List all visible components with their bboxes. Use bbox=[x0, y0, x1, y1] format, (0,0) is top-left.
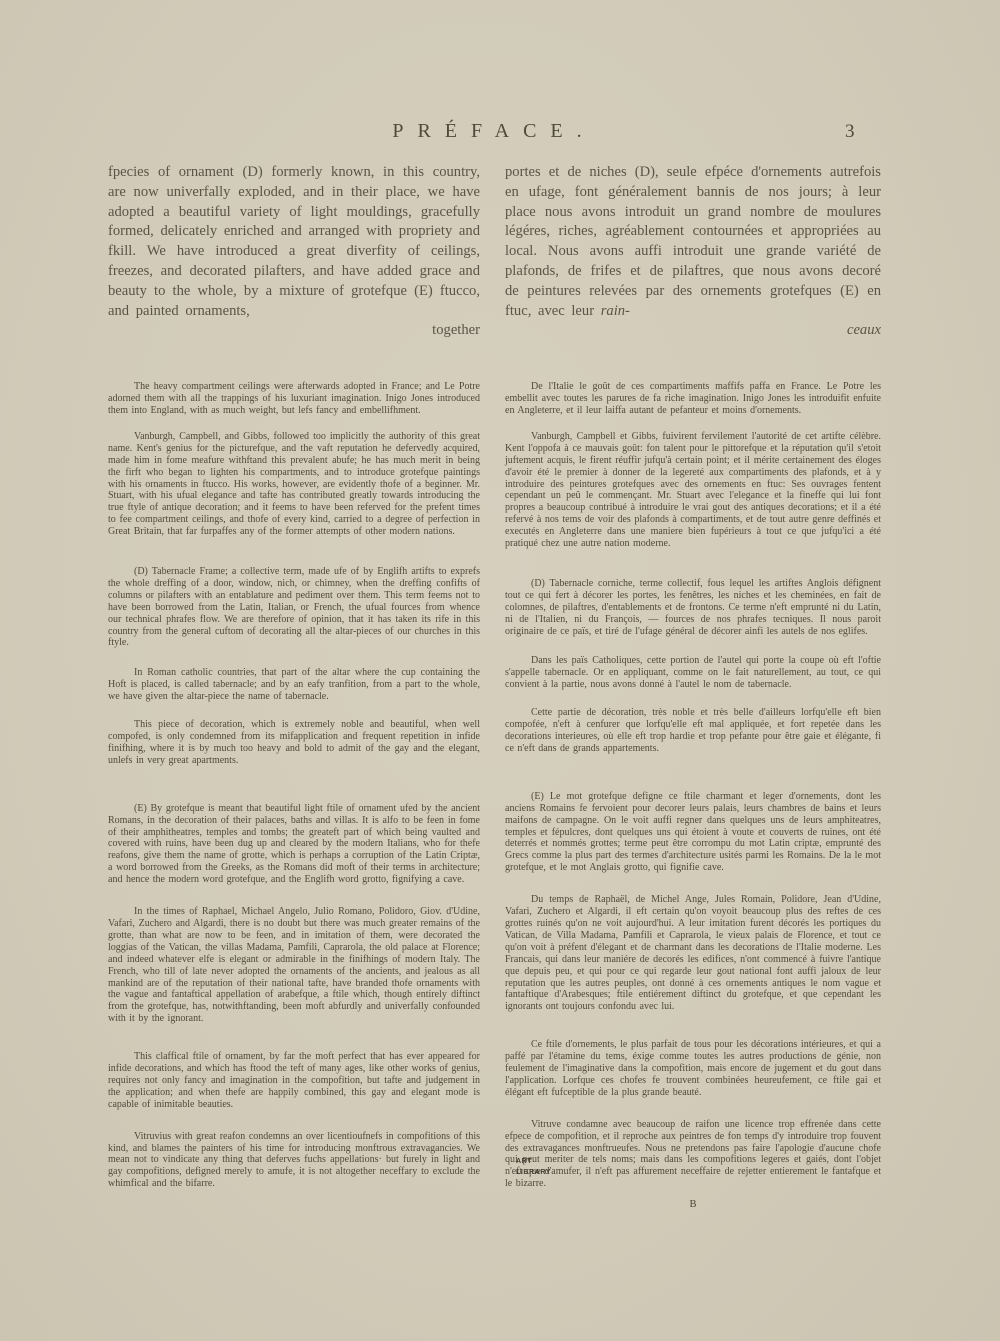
footnote-paragraph: Vanburgh, Campbell, and Gibbs, followed … bbox=[108, 431, 480, 538]
footnote-paragraph: De l'Italie le goût de ces compartiments… bbox=[505, 381, 881, 417]
footnote-paragraph: Vanburgh, Campbell et Gibbs, fuivirent f… bbox=[505, 431, 881, 550]
page-title: PRÉFACE. bbox=[108, 120, 880, 143]
main-paragraph-english: fpecies of ornament (D) formerly known, … bbox=[108, 163, 480, 321]
signature-mark: B bbox=[505, 1199, 881, 1210]
page-number: 3 bbox=[845, 121, 875, 143]
main-paragraph-english-tail: together bbox=[108, 321, 480, 341]
footnote-paragraph: Du temps de Raphaël, de Michel Ange, Jul… bbox=[505, 894, 881, 1013]
footnote-paragraph: This piece of decoration, which is extre… bbox=[108, 719, 480, 767]
english-column: fpecies of ornament (D) formerly known, … bbox=[108, 163, 480, 1190]
main-paragraph-french-italic-word: rain- bbox=[601, 303, 630, 319]
footnote-paragraph: This claffical ftile of ornament, by far… bbox=[108, 1051, 480, 1111]
footnote-paragraph: (D) Tabernacle Frame; a collective term,… bbox=[108, 566, 480, 649]
library-stamp-line1: ART bbox=[516, 1156, 551, 1167]
footnote-paragraph: Ce ftile d'ornements, le plus parfait de… bbox=[505, 1039, 881, 1099]
library-stamp: ART LIBRARY bbox=[516, 1156, 551, 1178]
footnote-paragraph: Vitruve condamne avec beaucoup de raifon… bbox=[505, 1119, 881, 1190]
footnote-paragraph: (E) By grotefque is meant that beautiful… bbox=[108, 803, 480, 886]
main-paragraph-english-text: fpecies of ornament (D) formerly known, … bbox=[108, 164, 480, 319]
book-page-scan: PRÉFACE. 3 fpecies of ornament (D) forme… bbox=[0, 0, 1000, 1341]
footnote-paragraph: The heavy compartment ceilings were afte… bbox=[108, 381, 480, 417]
main-paragraph-french-tail: ceaux bbox=[505, 321, 881, 341]
footnote-paragraph: Cette partie de décoration, très noble e… bbox=[505, 707, 881, 755]
footnote-paragraph: Dans les païs Catholiques, cette portion… bbox=[505, 655, 881, 691]
footnote-paragraph: In the times of Raphael, Michael Angelo,… bbox=[108, 906, 480, 1025]
library-stamp-line2: LIBRARY bbox=[516, 1167, 551, 1178]
main-paragraph-french-text: portes et de niches (D), seule efpéce d'… bbox=[505, 164, 881, 319]
footnote-paragraph: In Roman catholic countries, that part o… bbox=[108, 667, 480, 703]
footnote-paragraph: (D) Tabernacle corniche, terme collectif… bbox=[505, 578, 881, 638]
main-paragraph-french: portes et de niches (D), seule efpéce d'… bbox=[505, 163, 881, 321]
footnote-paragraph: (E) Le mot grotefque defigne ce ftile ch… bbox=[505, 791, 881, 874]
french-column: portes et de niches (D), seule efpéce d'… bbox=[505, 163, 881, 1210]
footnote-paragraph: Vitruvius with great reafon condemns an … bbox=[108, 1131, 480, 1191]
